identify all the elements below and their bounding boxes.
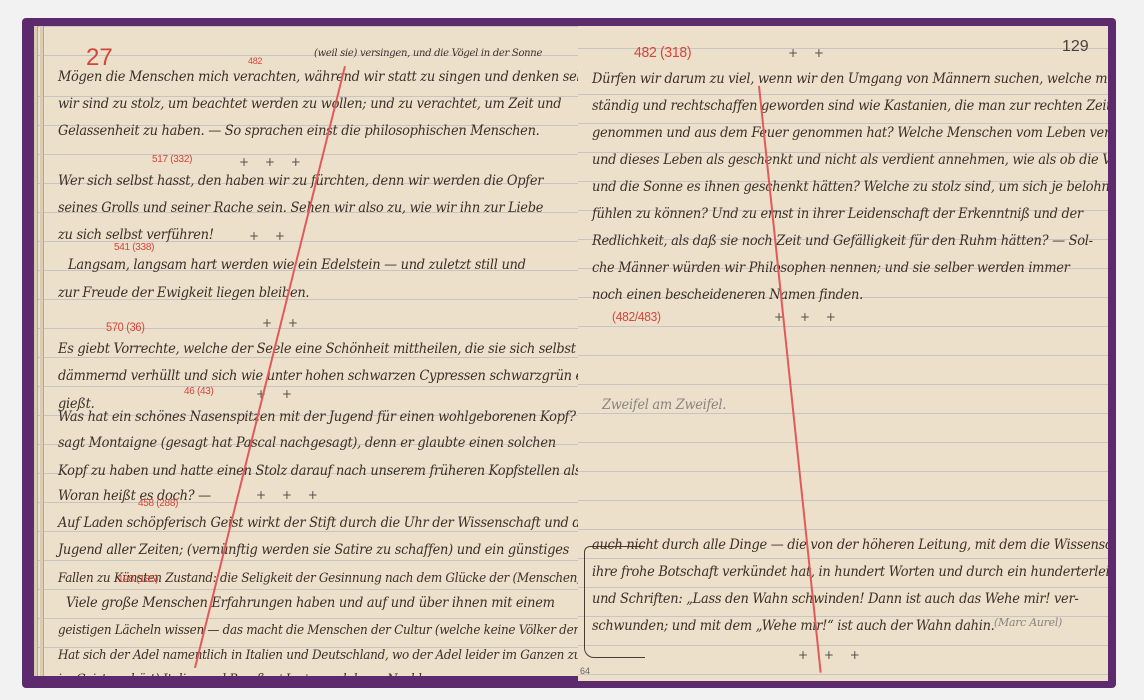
text-line: dämmernd verhüllt und sich wie unter hoh… <box>58 369 579 385</box>
text-line: und die Sonne es ihnen geschenkt hätten?… <box>592 180 1108 196</box>
text-line: genommen und aus dem Feuer genommen hat?… <box>592 126 1108 142</box>
text-line: Mögen die Menschen mich verachten, währe… <box>58 70 579 86</box>
red-annotation: 541 (338) <box>114 242 154 254</box>
text-line: im Geiste gehört) Italien und Preußen, L… <box>58 672 472 676</box>
text-line: sagt Montaigne (gesagt hat Pascal nachge… <box>58 436 556 452</box>
text-line: fühlen zu können? Und zu ernst in ihrer … <box>592 207 1083 223</box>
section-separator: + + + <box>798 648 866 662</box>
red-annotation: 482 (318) <box>634 44 691 61</box>
text-line: Kopf zu haben und hatte einen Stolz dara… <box>58 464 579 480</box>
page-number: 129 <box>1062 38 1089 56</box>
text-line: und dieses Leben als geschenkt und nicht… <box>592 153 1108 169</box>
page-number: 27 <box>86 44 113 72</box>
text-line: Jugend aller Zeiten; (vernünftig werden … <box>58 543 569 559</box>
text-line: Auf Laden schöpferisch Geist wirkt der S… <box>58 516 579 532</box>
section-separator: + + <box>276 671 318 676</box>
text-line: Redlichkeit, als daß sie noch Zeit und G… <box>592 234 1093 250</box>
page-edge <box>34 26 38 676</box>
red-strike-line <box>758 86 821 673</box>
text-line: Gelassenheit zu haben. — So sprachen ein… <box>58 124 539 140</box>
page-edge <box>40 26 44 676</box>
text-line: Was hat ein schönes Nasenspitzen mit der… <box>58 410 579 426</box>
red-annotation: 46 (43) <box>184 386 214 398</box>
red-annotation: 458 (288) <box>138 498 178 510</box>
text-line: Es giebt Vorrechte, welche der Seele ein… <box>58 342 576 358</box>
section-separator: + + <box>262 316 304 330</box>
section-separator: + + <box>249 229 291 243</box>
text-line: Dürfen wir darum zu viel, wenn wir den U… <box>592 72 1108 88</box>
text-line: und Schriften: „Lass den Wahn schwinden!… <box>592 592 1078 608</box>
section-separator: + + + <box>256 488 324 502</box>
text-line: Hat sich der Adel namentlich in Italien … <box>58 648 579 663</box>
red-annotation: 482 <box>248 56 262 67</box>
text-line: che Männer würden wir Philosophen nennen… <box>592 261 1070 277</box>
section-separator: + + <box>788 46 830 60</box>
text-line: zur Freude der Ewigkeit liegen bleiben. <box>58 286 309 302</box>
attribution: (Marc Aurel) <box>994 616 1062 630</box>
text-line: ihre frohe Botschaft verkündet hat, in h… <box>592 565 1108 581</box>
text-line: wir sind zu stolz, um beachtet werden zu… <box>58 97 561 113</box>
text-line: geistigen Lächeln wissen — das macht die… <box>58 623 579 638</box>
text-line: auch nicht durch alle Dinge — die von de… <box>592 538 1108 554</box>
text-line: schwunden; und mit dem „Wehe mir!“ ist a… <box>592 619 995 635</box>
left-page: 27 482 (weil sie) versingen, und die Vög… <box>34 26 579 676</box>
interlinear-note: (weil sie) versingen, und die Vögel in d… <box>314 48 542 60</box>
red-annotation: 198 (185) <box>118 574 158 586</box>
text-line: ständig und rechtschaffen geworden sind … <box>592 99 1108 115</box>
folio-number: 64 <box>580 666 590 676</box>
text-line: noch einen bescheideneren Namen finden. <box>592 288 863 304</box>
red-annotation: 570 (36) <box>106 322 145 335</box>
text-line: Wer sich selbst hasst, den haben wir zu … <box>58 174 543 190</box>
text-line: Viele große Menschen Erfahrungen haben u… <box>66 596 555 612</box>
pencil-note: Zweifel am Zweifel. <box>602 398 726 414</box>
text-line: Woran heißt es doch? — <box>58 489 211 505</box>
right-page: 482 (318) + + 129 Dürfen wir darum zu vi… <box>578 26 1108 681</box>
text-line: seines Grolls und seiner Rache sein. Seh… <box>58 201 543 217</box>
red-annotation: 517 (332) <box>152 154 192 166</box>
red-mark: (482/483) <box>612 310 661 325</box>
section-separator: + + + <box>239 155 307 169</box>
